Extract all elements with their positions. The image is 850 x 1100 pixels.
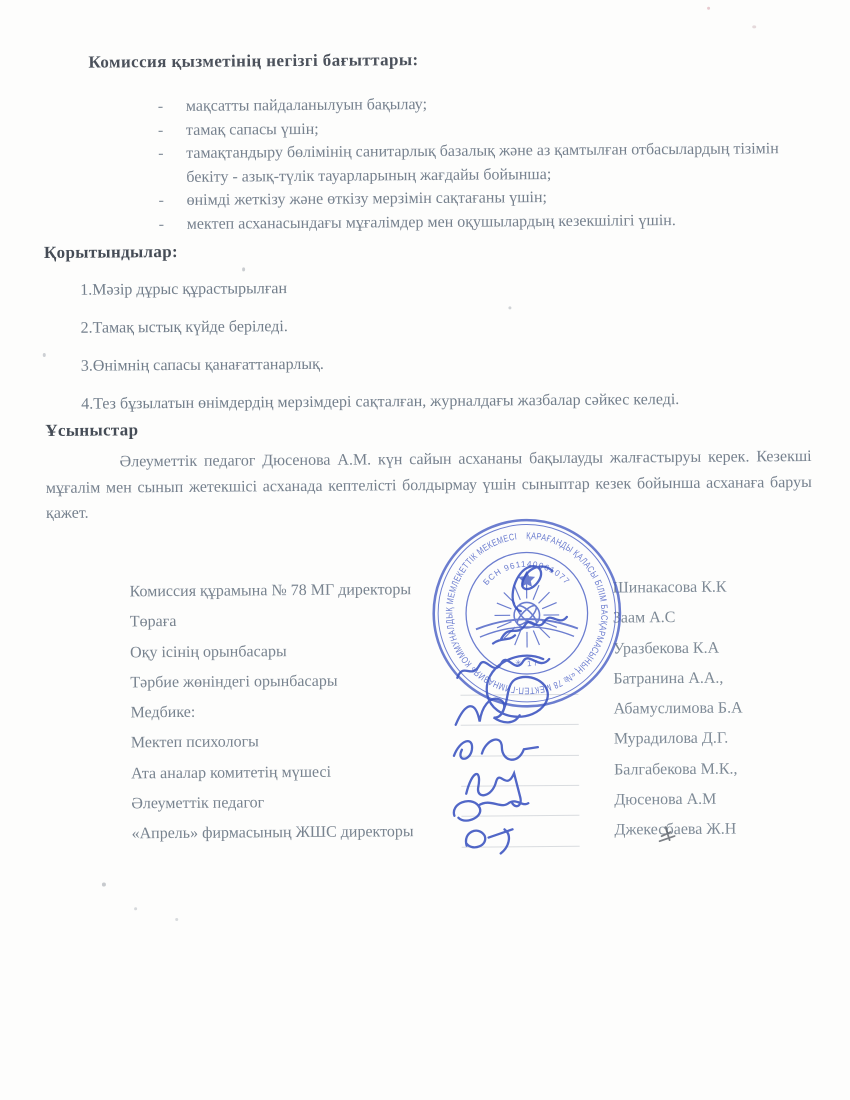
bullet-dash: - — [159, 213, 165, 237]
commission-role: Әлеуметтік педагог — [131, 794, 264, 813]
directions-item-text: тамақ сапасы үшін; — [186, 120, 319, 138]
commission-role: Тәрбие жөніндегі орынбасары — [130, 673, 337, 693]
commission-role: Мектеп психологы — [131, 734, 259, 753]
bullet-dash: - — [158, 189, 164, 213]
commission-role: Комиссия құрамына № 78 МГ директоры — [130, 581, 412, 601]
bullet-dash: - — [158, 119, 164, 143]
recommendations-heading: Ұсыныстар — [45, 420, 138, 441]
conclusion-item: 3.Өнімнің сапасы қанағаттанарлық. — [81, 349, 823, 378]
conclusion-item: 2.Тамақ ыстық күйде беріледі. — [80, 311, 822, 340]
commission-role: Төраға — [130, 613, 177, 631]
scan-speck — [175, 918, 178, 921]
signature-chairman — [493, 617, 567, 644]
commission-role: «Апрель» фирмасының ЖШС директоры — [131, 823, 413, 843]
scan-speck — [102, 883, 106, 887]
conclusions-list: 1.Мәзір дұрыс құрастырылған 2.Тамақ ысты… — [80, 273, 823, 431]
document-content: Комиссия қызметінің негізгі бағыттары: -… — [0, 0, 850, 1100]
conclusion-item: 4.Тез бұзылатын өнімдердің мерзімдері са… — [81, 387, 823, 416]
directions-item-text: мақсатты пайдаланылуын бақылау; — [186, 96, 427, 115]
signature-psychologist — [454, 739, 538, 760]
directions-item-text: тамақтандыру бөлімінің санитарлық базалы… — [186, 140, 779, 185]
directions-item-text: мектеп асханасындағы мұғалімдер мен оқуш… — [187, 212, 676, 233]
signature-social-pedagog — [454, 801, 529, 821]
bullet-dash: - — [158, 95, 164, 119]
bullet-dash: - — [158, 142, 164, 166]
signature-aprel-director — [466, 829, 513, 853]
signature-director — [512, 566, 552, 611]
directions-heading: Комиссия қызметінің негізгі бағыттары: — [88, 50, 418, 73]
directions-list-item: -тамақтандыру бөлімінің санитарлық базал… — [156, 137, 804, 189]
signature-nurse — [455, 698, 519, 724]
scanned-document-page: Комиссия қызметінің негізгі бағыттары: -… — [0, 0, 850, 1100]
scan-speck — [134, 907, 137, 910]
scan-speck — [752, 25, 756, 28]
commission-role: Ата аналар комитетің мүшесі — [131, 764, 331, 784]
scan-speck — [707, 7, 710, 10]
conclusion-item: 1.Мәзір дұрыс құрастырылған — [80, 273, 822, 302]
scan-speck — [43, 353, 46, 357]
directions-item-text: өнімді жеткізу және өткізу мерзімін сақт… — [186, 189, 547, 209]
scan-speck — [242, 267, 245, 271]
directions-list: -мақсатты пайдаланылуын бақылау; -тамақ … — [156, 90, 805, 236]
directions-list-item: -мектеп асханасындағы мұғалімдер мен оқу… — [157, 208, 805, 237]
recommendations-paragraph: Әлеуметтік педагог Дюсенова А.М. күн сай… — [46, 444, 813, 527]
ink-smudge — [660, 827, 675, 841]
commission-role: Оқу ісінің орынбасары — [130, 643, 287, 662]
scan-speck — [508, 306, 511, 309]
handwritten-signatures-overlay — [404, 518, 687, 880]
commission-role: Медбике: — [131, 704, 196, 723]
conclusions-heading: Қорытындылар: — [44, 242, 178, 263]
